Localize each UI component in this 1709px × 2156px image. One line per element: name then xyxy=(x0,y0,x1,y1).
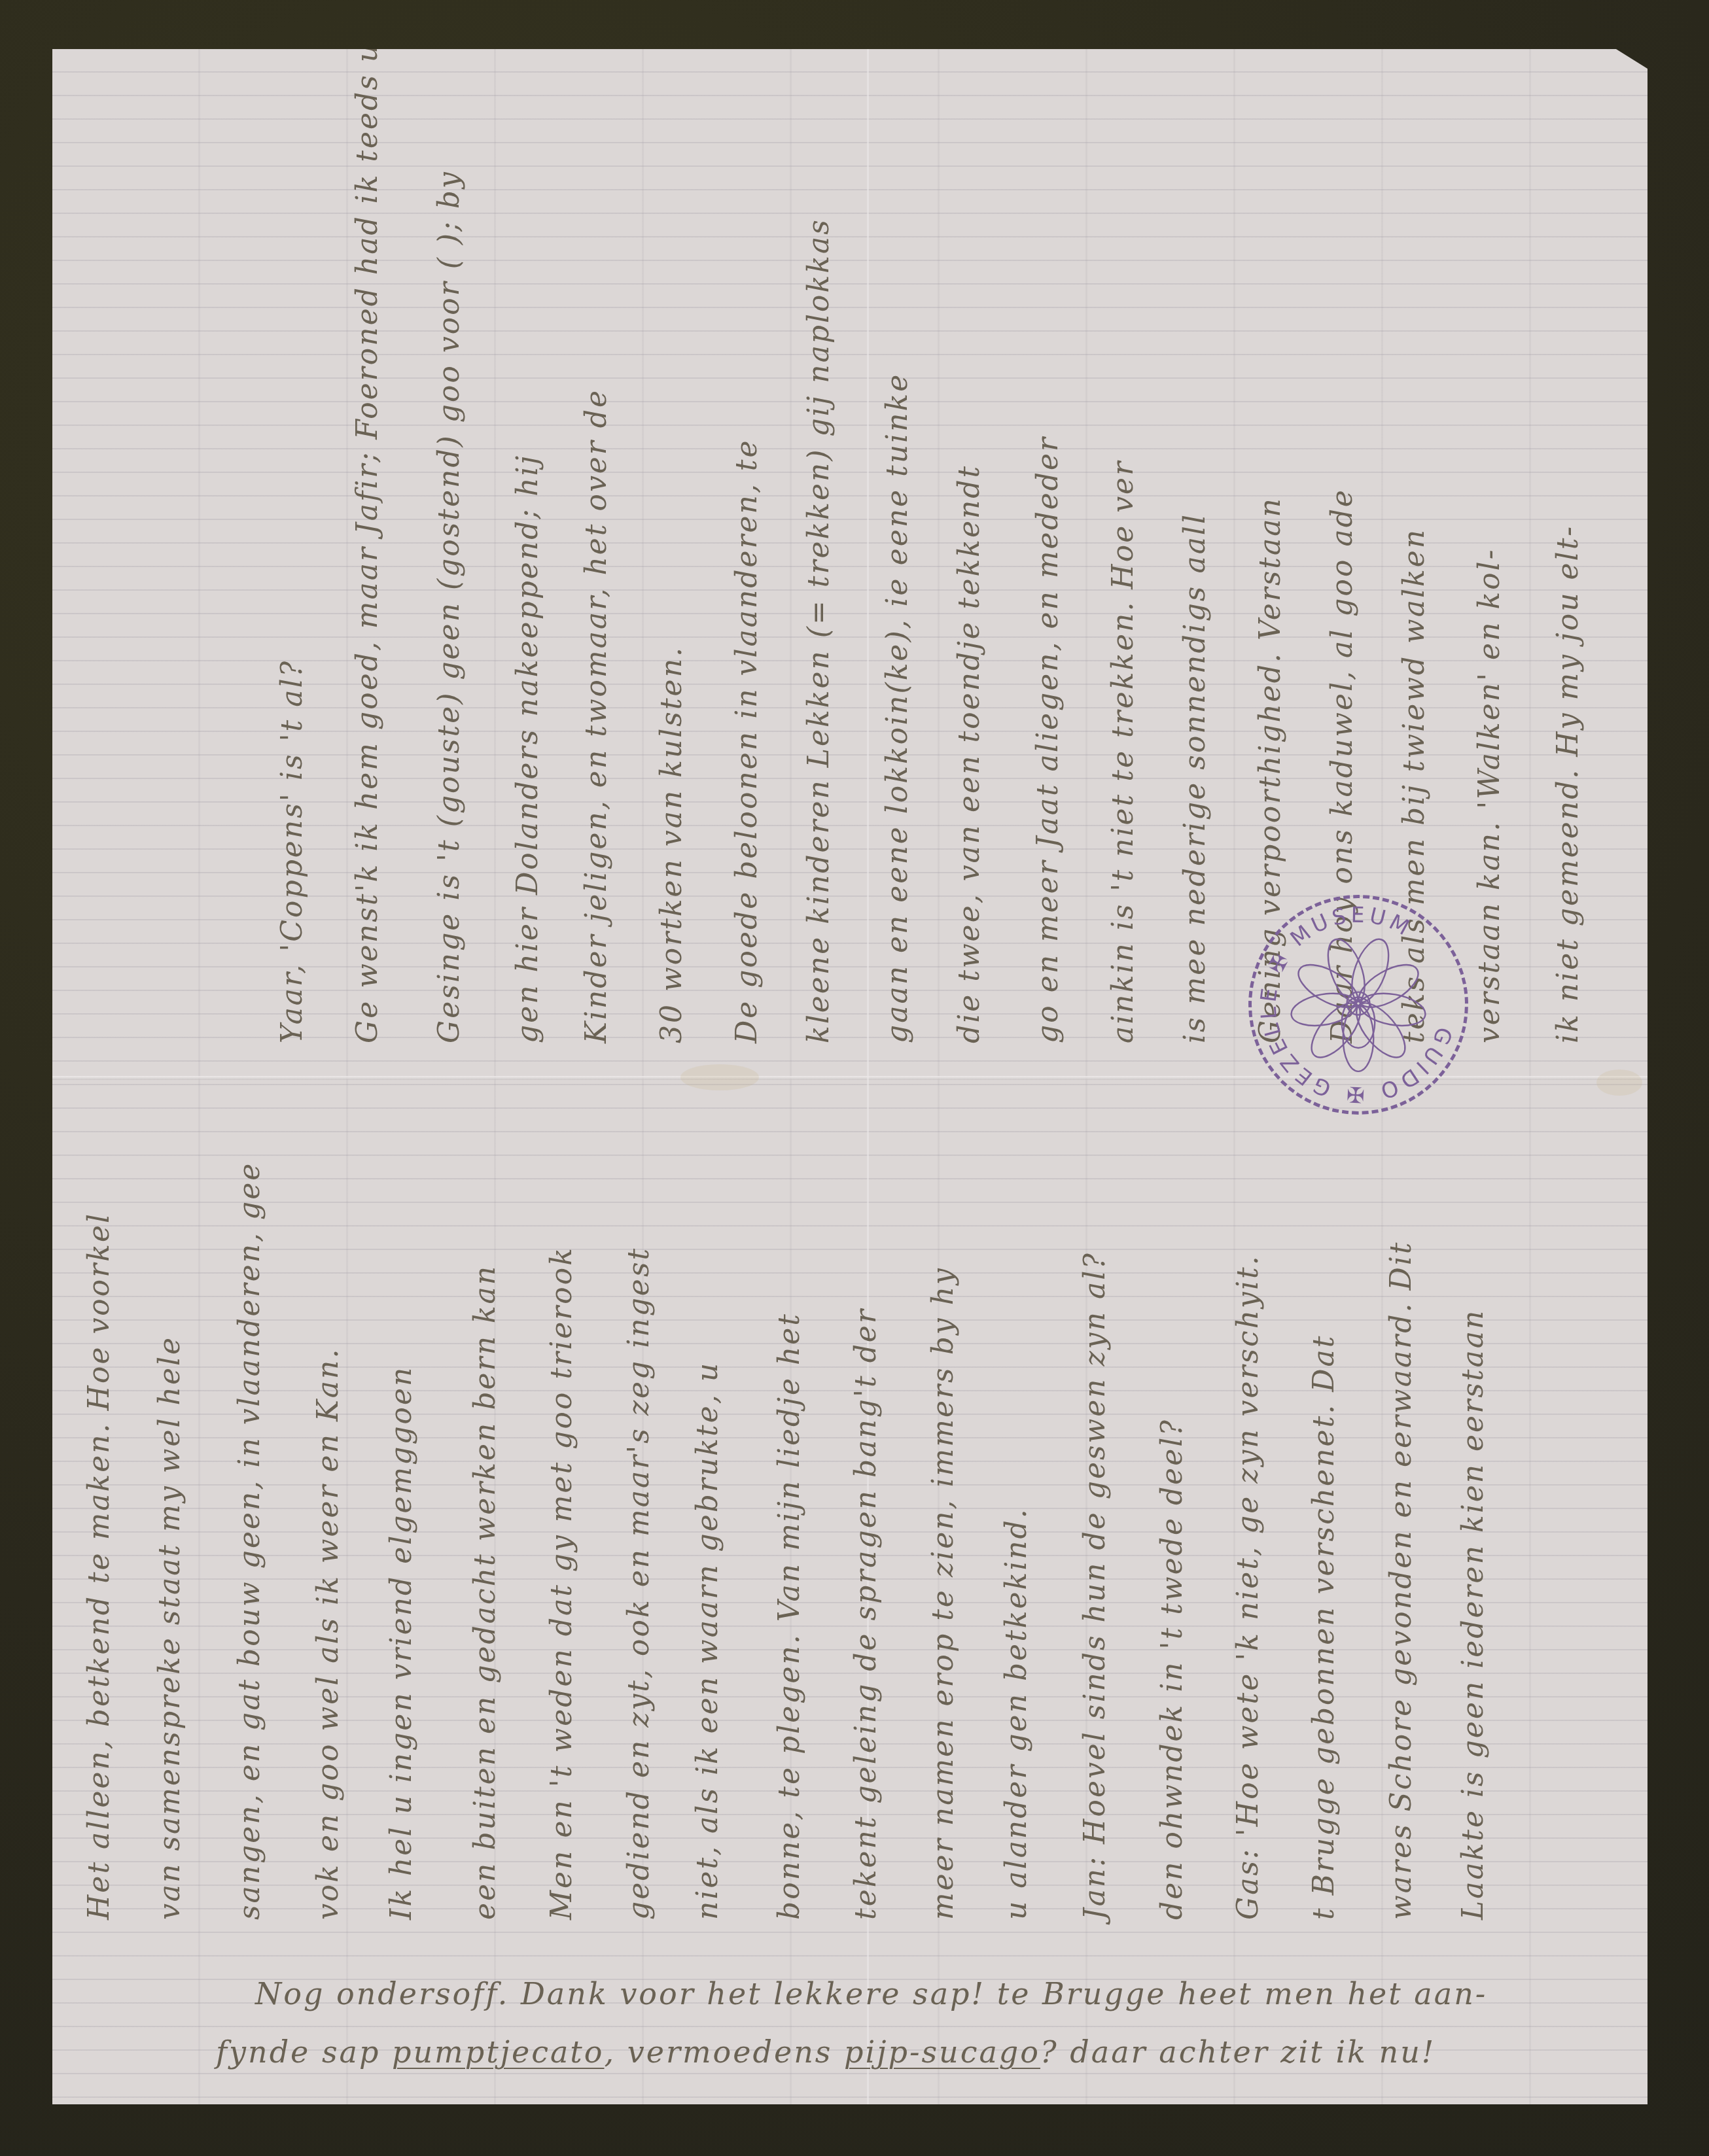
footer-underlined-word-1: pumptjecato xyxy=(392,2034,604,2070)
footer-underlined-word-2: pijp-sucago xyxy=(844,2034,1040,2070)
handwritten-line: wares Schore gevonden en eerwaard. Dit xyxy=(1387,1241,1416,1920)
handwritten-line: tekent geleing de spragen bang't der xyxy=(852,1308,881,1920)
handwritten-line: Gas: 'Hoe wete 'k niet, ge zyn verschyit… xyxy=(1234,1254,1263,1920)
handwritten-line: gediend en zyt, ook en maar's zeg ingest xyxy=(625,1247,654,1920)
flower-emblem-icon: GUIDO ✠ GEZELLE ✠ MUSEUM xyxy=(1252,898,1465,1111)
handwritten-line: Gesinge is 't (gouste) geen (gostend) go… xyxy=(435,170,464,1043)
handwritten-line: Het alleen, betkend te maken. Hoe voorke… xyxy=(85,1212,114,1920)
handwritten-line: den ohwndek in 't twede deel? xyxy=(1158,1418,1187,1920)
handwritten-line: kleene kinderen Lekken (= trekken) gij n… xyxy=(805,218,834,1043)
handwritten-line: Laakte is geen iederen kien eerstaan xyxy=(1459,1309,1488,1920)
handwritten-line: Jan: Hoevel sinds hun de geswen zyn al? xyxy=(1081,1251,1110,1920)
paper-stain xyxy=(1596,1069,1642,1096)
handwritten-line: Men en 't weden dat gy met goo trierook xyxy=(548,1246,576,1920)
handwritten-line: t Brugge gebonnen verschenet. Dat xyxy=(1310,1334,1339,1920)
footer-line-1: Nog ondersoff. Dank voor het lekkere sap… xyxy=(255,1976,1487,2011)
handwritten-line: gen hier Dolanders nakeeppend; hij xyxy=(514,454,542,1043)
handwritten-line: De goede beloonen in vlaanderen, te xyxy=(733,438,762,1043)
footer-line-2-text-b: , vermoedens xyxy=(605,2034,845,2070)
handwritten-line: die twee, van een toendje tekkendt xyxy=(955,464,984,1043)
handwritten-line: ainkin is 't niet te trekken. Hoe ver xyxy=(1109,460,1138,1043)
handwritten-line: 30 wortken van kulsten. xyxy=(658,646,686,1043)
handwritten-line: van samenspreke staat my wel hele xyxy=(156,1336,185,1920)
handwritten-line: meer namen erop te zien, immers by hy xyxy=(929,1266,958,1920)
museum-stamp: GUIDO ✠ GEZELLE ✠ MUSEUM xyxy=(1248,895,1468,1115)
handwritten-line: u alander gen betkekind. xyxy=(1002,1507,1031,1920)
handwritten-line: ik niet gemeend. Hy my jou elt- xyxy=(1554,525,1583,1043)
handwritten-line: is mee nederige sonnendigs aall xyxy=(1181,513,1210,1043)
handwritten-line: niet, als ik een waarn gebrukte, u xyxy=(694,1361,722,1920)
handwritten-line: Ge wenst'k ik hem goed, maar Jafir; Foer… xyxy=(353,49,382,1043)
paper-stain xyxy=(680,1064,759,1090)
handwritten-line: Kinder jeligen, en twomaar, het over de xyxy=(582,389,611,1043)
footer-line-2: fynde sap pumptjecato, vermoedens pijp-s… xyxy=(216,2034,1436,2070)
handwritten-line: vok en goo wel als ik weer en Kan. xyxy=(314,1347,343,1920)
handwritten-line: verstaan kan. 'Walken' en kol- xyxy=(1475,548,1504,1043)
footer-line-2-text-a: fynde sap xyxy=(216,2034,392,2070)
handwritten-line: gaan en eene lokkoin(ke), ie eene tuinke xyxy=(883,373,912,1043)
handwritten-line: Yaar, 'Coppens' is 't al? xyxy=(278,659,307,1043)
handwritten-line: sangen, en gat bouw geen, in vlaanderen,… xyxy=(236,1162,264,1920)
handwritten-line: bonne, te plegen. Van mijn liedje het xyxy=(775,1312,804,1920)
handwritten-line: Ik hel u ingen vriend elgemggoen xyxy=(387,1366,416,1920)
handwritten-line: een buiten en gedacht werken bern kan xyxy=(471,1264,500,1920)
footer-line-1-text: Nog ondersoff. Dank voor het lekkere sap… xyxy=(255,1976,1487,2011)
footer-line-2-text-c: ? daar achter zit ik nu! xyxy=(1040,2034,1436,2070)
handwritten-line: go en meer Jaat aliegen, en mededer xyxy=(1034,436,1063,1043)
